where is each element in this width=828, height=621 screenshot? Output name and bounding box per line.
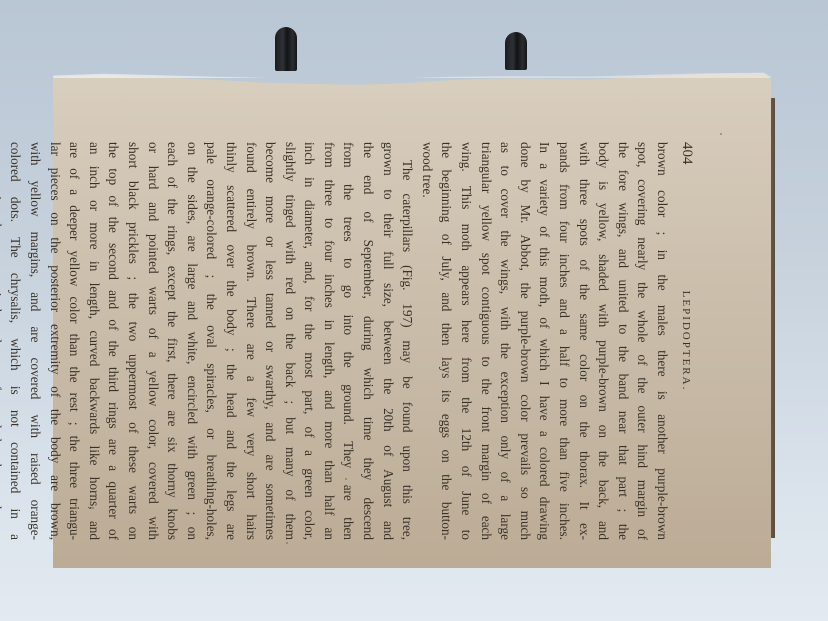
text-line: with three spots of the same color on th… <box>574 142 594 540</box>
text-line: on the sides, are large and white, encir… <box>182 142 202 540</box>
text-line: wing. This moth appears here from the 12… <box>456 142 476 540</box>
text-line: slightly tinged with red on the back ; b… <box>280 142 300 540</box>
text-line: body is yellow, shaded with purple-brown… <box>594 142 614 540</box>
text-line: pale orange-colored ; the oval spiracles… <box>202 142 222 540</box>
text-line: with yellow margins, and are covered wit… <box>25 142 45 540</box>
text-line: wood tree. <box>417 142 437 540</box>
text-line: from three to four inches in length, and… <box>319 142 339 540</box>
paper-speck <box>720 133 722 135</box>
text-line: spot, covering nearly the whole of the o… <box>633 142 653 540</box>
text-line: the fore wings, and united to the band n… <box>613 142 633 540</box>
book-stand-prong-right <box>505 32 527 70</box>
text-line: In a variety of this moth, of which I ha… <box>535 142 555 540</box>
text-line: from the trees to go into the ground. Th… <box>339 142 359 540</box>
section-title: LEPIDOPTERA. <box>675 206 695 540</box>
page-torn-edge <box>53 72 771 78</box>
text-line: cocoon, is about two inches long, of a d… <box>0 142 6 540</box>
text-line: lar pieces on the posterior extremity of… <box>45 142 65 540</box>
text-line: inch in diameter, and, for the most part… <box>300 142 320 540</box>
text-line: are of a deeper yellow color than the re… <box>65 142 85 540</box>
running-head: 404 LEPIDOPTERA. <box>674 142 696 540</box>
text-line: become more or less tanned or swarthy, a… <box>261 142 281 540</box>
text-line: an inch or more in length, curved backwa… <box>84 142 104 540</box>
book-stand-prong-left <box>275 27 297 71</box>
text-line: triangular yellow spot contiguous to the… <box>476 142 496 540</box>
page-number: 404 <box>676 142 696 206</box>
text-line: grown to their full size, between the 20… <box>378 142 398 540</box>
text-line: thinly scattered over the body ; the hea… <box>221 142 241 540</box>
text-line: brown color ; in the males there is anot… <box>652 142 672 540</box>
text-line: The caterpillars (Fig. 197) may be found… <box>398 142 418 540</box>
text-line: as to cover the wings, with the exceptio… <box>496 142 516 540</box>
text-line: colored dots. The chrysalis, which is no… <box>6 142 26 540</box>
page-text-rotated: 404 LEPIDOPTERA. brown color ; in the ma… <box>112 142 696 540</box>
text-line: the end of September, during which time … <box>359 142 379 540</box>
text-line: each of the rings, except the first, the… <box>163 142 183 540</box>
paper-speck <box>286 542 288 544</box>
text-line: found entirely brown. There are a few ve… <box>241 142 261 540</box>
text-line: short black prickles ; the two uppermost… <box>123 142 143 540</box>
text-line: the beginning of July, and then lays its… <box>437 142 457 540</box>
text-line: done by Mr. Abbot, the purple-brown colo… <box>515 142 535 540</box>
text-line: or hard and pointed warts of a yellow co… <box>143 142 163 540</box>
text-line: pands from four inches and a half to mor… <box>554 142 574 540</box>
text-line: the top of the second and of the third r… <box>104 142 124 540</box>
